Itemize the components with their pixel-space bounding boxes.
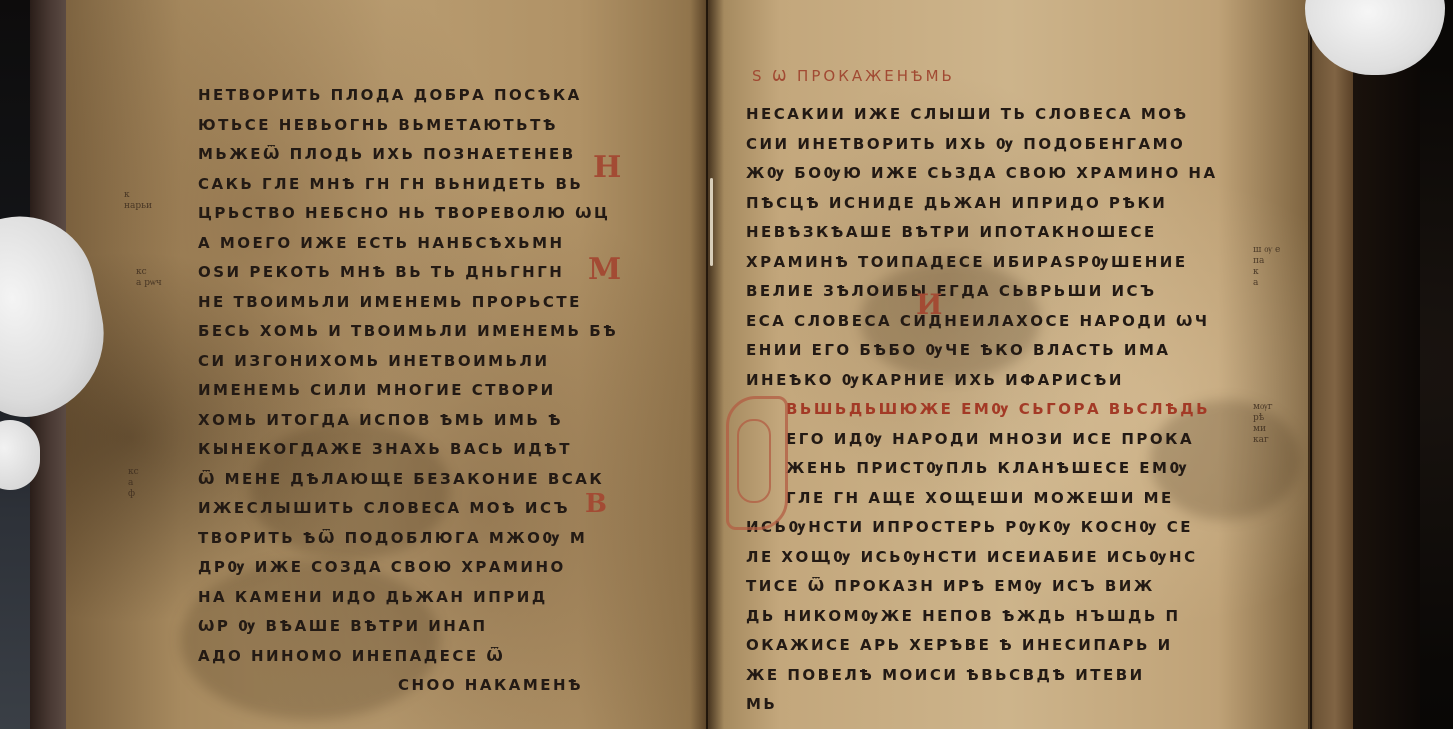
text-line: несакии иже слыши ть словеса моѣ [746,100,1218,130]
text-line: жень пристѹпль кланѣшесе емѹ [746,454,1218,484]
text-line: творить ѣѿ подоблюга мжоѹ м [198,524,618,554]
text-line: окажисе арь херѣве ѣ инесипарь и [746,631,1218,661]
marginal-note: кс а ф [128,467,139,500]
text-line: си изгонихомь инетвоимьли [198,347,618,377]
text-line: сии инетворить ихь ѹ подобенгамо [746,130,1218,160]
text-line: велие зѣлоИбы егда сьврьши исъ [746,277,1218,307]
text-line: на камени идо дьжан иприд [198,583,618,613]
rubric-initial: В [585,489,607,519]
text-line: пѣсцѣ исниде дьжан ипридо рѣки [746,189,1218,219]
text-line: а моего иже есть нанбсѣхьМн [198,229,618,259]
text-line: ижеслышить словеса моѣ исъ [198,494,618,524]
text-line: мь [746,690,1218,720]
marginal-note: мѹг рѣ ми каг [1253,402,1273,446]
text-line: ѡр ѹ вѣаше вѣтри инап [198,612,618,642]
book-gutter [690,0,724,729]
text-line: нетворить плода добра посѣка [198,81,618,111]
right-page-text: несакии иже слыши ть словеса моѣ сии ине… [746,100,1218,720]
text-line: сноо накаменѣ [198,671,618,701]
text-line: оѕи рекоть мнѣ вь ть дньгнгн [198,258,618,288]
left-page-text: нетворить плода добра посѣка ютьсе невьо… [198,81,618,701]
text-line: еса словеса сиднеилахосе народи ѡч [746,307,1218,337]
text-line: ютьсе невьогнь вьметаютьтѣ [198,111,618,141]
rubric-initial: М [588,252,621,287]
text-line: бесь хомь и твоимьли именемь бѣ [198,317,618,347]
text-line: именемь сили многие створи [198,376,618,406]
marginal-note: ш ѹ е па к а [1253,245,1280,289]
text-line: его идѹ народи мнози исе прока [746,425,1218,455]
chapter-heading: ѕ ѡ прокаженѣмь [752,67,955,85]
text-line: инеѣко ѹкарние ихь ифарисѣи [746,366,1218,396]
manuscript-photo: нетворить плода добра посѣка ютьсе невьо… [0,0,1453,729]
text-line: невѣзкѣаше вѣтри ипотакношесе [746,218,1218,248]
rubric-line: вьшьдьшюже емѹ сьгора вьслѣдь [746,395,1218,425]
text-line: хомь итогда испов ѣмь имь ѣ [198,406,618,436]
text-line: дрѹ иже созда свою храмино [198,553,618,583]
text-line: ении его бѣбо ѹче ѣко власть има [746,336,1218,366]
text-line: дь никомѹже непов ѣждь нъшдь п [746,602,1218,632]
text-line: ѿ мене дѣлающе безаконие Всак [198,465,618,495]
page-edge-line [1310,0,1312,729]
text-line: црьство небсно нь твореволю ѡц [198,199,618,229]
text-line: исьѹнсти ипростерь рѹкѹ коснѹ се [746,513,1218,543]
text-line: храминѣ тоипадесе ибираѕрѹшение [746,248,1218,278]
text-line: гле гн аще хощеши можеши ме [746,484,1218,514]
rubric-initial: И [916,288,942,321]
page-edge-strip [1308,0,1353,729]
text-line: ле хощѹ исьѹнсти исеиабие исьѹнс [746,543,1218,573]
text-line: кынекогдаже знахь вась идѣт [198,435,618,465]
text-line: тисе ѿ проказн ирѣ емѹ исъ виж [746,572,1218,602]
text-line: мьжеѿ плодь ихь познаетеНев [198,140,618,170]
decorated-initial [726,396,788,530]
rubric-initial: Н [593,150,621,185]
text-line: сакь гле мнѣ гн гн вьнидеть вь [198,170,618,200]
text-line: же повелѣ моиси ѣвьсвдѣ итеви [746,661,1218,691]
marginal-note: к нарьи [124,190,152,212]
marginal-note: кс а рѡч [136,267,162,289]
text-line: адо ниномо инепадесе ѿ [198,642,618,672]
text-line: не твоимьли именемь прорьсте [198,288,618,318]
text-line: жѹ боѹю иже сьзда свою храмино на [746,159,1218,189]
binding-thread [710,178,713,266]
